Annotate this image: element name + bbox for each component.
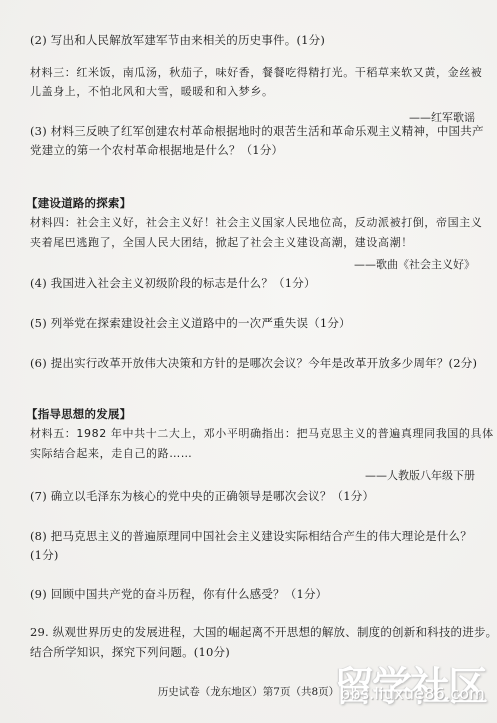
watermark-url: bbs.liuxue86.com bbox=[340, 684, 485, 703]
question-3-line-2: 党建立的第一个农村革命根据地是什么？（1分） bbox=[30, 143, 283, 157]
material-3-line-1: 材料三：红米饭，南瓜汤，秋茄子，味好香，餐餐吃得精打光。干稻草来软又黄，金丝被 bbox=[30, 66, 482, 80]
question-8-line-2: (1分) bbox=[30, 548, 59, 562]
exam-page: (2) 写出和人民解放军建军节由来相关的历史事件。(1分) 材料三：红米饭，南瓜… bbox=[0, 0, 497, 723]
section-title-construction-path: 【建设道路的探索】 bbox=[26, 196, 131, 210]
question-29-line-2: 结合所学知识，探究下列问题。(10分) bbox=[30, 645, 230, 659]
question-6: (6) 提出实行改革开放伟大决策和方针的是哪次会议？今年是改革开放多少周年？(2… bbox=[30, 356, 477, 370]
section-title-guiding-ideology: 【指导思想的发展】 bbox=[26, 407, 131, 421]
material-5-line-2: 实际结合起来，走自己的路…… bbox=[30, 447, 192, 461]
question-9: (9) 回顾中国共产党的奋斗历程，你有什么感受？（1分） bbox=[30, 587, 327, 601]
material-4-line-1: 材料四：社会主义好，社会主义好！社会主义国家人民地位高，反动派被打倒，帝国主义 bbox=[30, 216, 482, 230]
question-29-line-1: 29. 纵观世界历史的发展进程，大国的崛起离不开思想的解放、制度的创新和科技的进… bbox=[30, 625, 497, 639]
material-4-line-2: 夹着尾巴逃跑了，全国人民大团结，掀起了社会主义建设高潮，建设高潮！ bbox=[30, 236, 413, 250]
question-7: (7) 确立以毛泽东为核心的党中央的正确领导是哪次会议？（1分） bbox=[30, 489, 374, 503]
question-8-line-1: (8) 把马克思主义的普遍原理同中国社会主义建设实际相结合产生的伟大理论是什么？ bbox=[30, 529, 472, 543]
question-4: (4) 我国进入社会主义初级阶段的标志是什么？（1分） bbox=[30, 276, 316, 290]
question-3-line-1: (3) 材料三反映了红军创建农村革命根据地时的艰苦生活和革命乐观主义精神，中国共… bbox=[30, 124, 484, 138]
material-3-source: ——红军歌谣 bbox=[409, 109, 475, 125]
material-5-line-1: 材料五：1982 年中共十二大上，邓小平明确指出：把马克思主义的普遍真理同我国的… bbox=[30, 427, 494, 441]
material-5-source: ——人教版八年级下册 bbox=[365, 467, 475, 483]
material-3-line-2: 儿盖身上，不怕北风和大雪，暖暖和和入梦乡。 bbox=[30, 85, 274, 99]
material-4-source: ——歌曲《社会主义好》 bbox=[354, 256, 475, 272]
question-5: (5) 列举党在探索建设社会主义道路中的一次严重失误（1分） bbox=[30, 316, 351, 330]
question-2: (2) 写出和人民解放军建军节由来相关的历史事件。(1分) bbox=[30, 33, 325, 47]
